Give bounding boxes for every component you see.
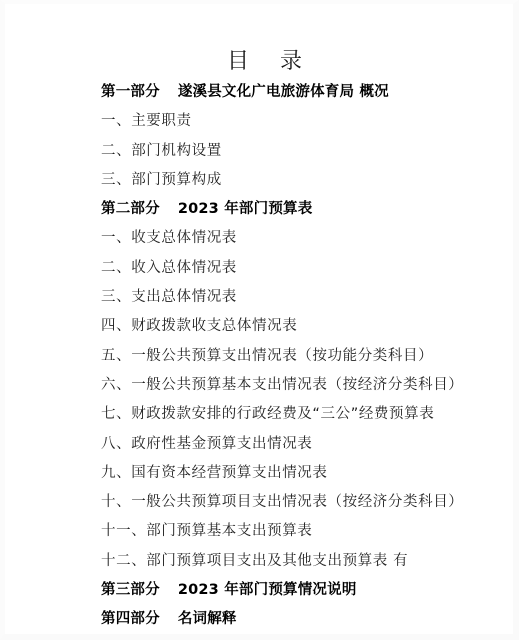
toc-item[interactable]: 二、部门机构设置 [101, 140, 463, 169]
part-label: 第一部分 [101, 81, 160, 103]
toc-item[interactable]: 三、部门预算构成 [101, 169, 463, 198]
toc-part-2[interactable]: 第二部分2023 年部门预算表 [101, 198, 463, 227]
part-title: 遂溪县文化广电旅游体育局 概况 [178, 84, 389, 100]
toc-item[interactable]: 十二、部门预算项目支出及其他支出预算表 有 [101, 550, 463, 579]
page-title: 目 录 [5, 48, 519, 76]
toc-item[interactable]: 八、政府性基金预算支出情况表 [101, 433, 463, 462]
part-label: 第四部分 [101, 608, 160, 630]
part-title: 2023 年部门预算表 [178, 201, 313, 217]
toc-item[interactable]: 六、一般公共预算基本支出情况表（按经济分类科目） [101, 374, 463, 403]
part-label: 第二部分 [101, 198, 160, 220]
toc-item[interactable]: 九、国有资本经营预算支出情况表 [101, 462, 463, 491]
toc-item[interactable]: 三、支出总体情况表 [101, 286, 463, 315]
toc-part-1[interactable]: 第一部分遂溪县文化广电旅游体育局 概况 [101, 81, 463, 110]
document-page: 目 录 第一部分遂溪县文化广电旅游体育局 概况 一、主要职责 二、部门机构设置 … [0, 0, 519, 640]
toc-item[interactable]: 二、收入总体情况表 [101, 257, 463, 286]
toc-item[interactable]: 十一、部门预算基本支出预算表 [101, 520, 463, 549]
toc-item[interactable]: 五、一般公共预算支出情况表（按功能分类科目） [101, 345, 463, 374]
toc-part-4[interactable]: 第四部分名词解释 [101, 608, 463, 637]
toc-item[interactable]: 四、财政拨款收支总体情况表 [101, 315, 463, 344]
toc-item[interactable]: 十、一般公共预算项目支出情况表（按经济分类科目） [101, 491, 463, 520]
part-title: 名词解释 [178, 611, 237, 627]
part-label: 第三部分 [101, 579, 160, 601]
toc-item[interactable]: 一、主要职责 [101, 110, 463, 139]
part-title: 2023 年部门预算情况说明 [178, 582, 357, 598]
toc-item[interactable]: 七、财政拨款安排的行政经费及“三公”经费预算表 [101, 403, 463, 432]
table-of-contents: 第一部分遂溪县文化广电旅游体育局 概况 一、主要职责 二、部门机构设置 三、部门… [101, 81, 463, 638]
toc-item[interactable]: 一、收支总体情况表 [101, 227, 463, 256]
toc-part-3[interactable]: 第三部分2023 年部门预算情况说明 [101, 579, 463, 608]
